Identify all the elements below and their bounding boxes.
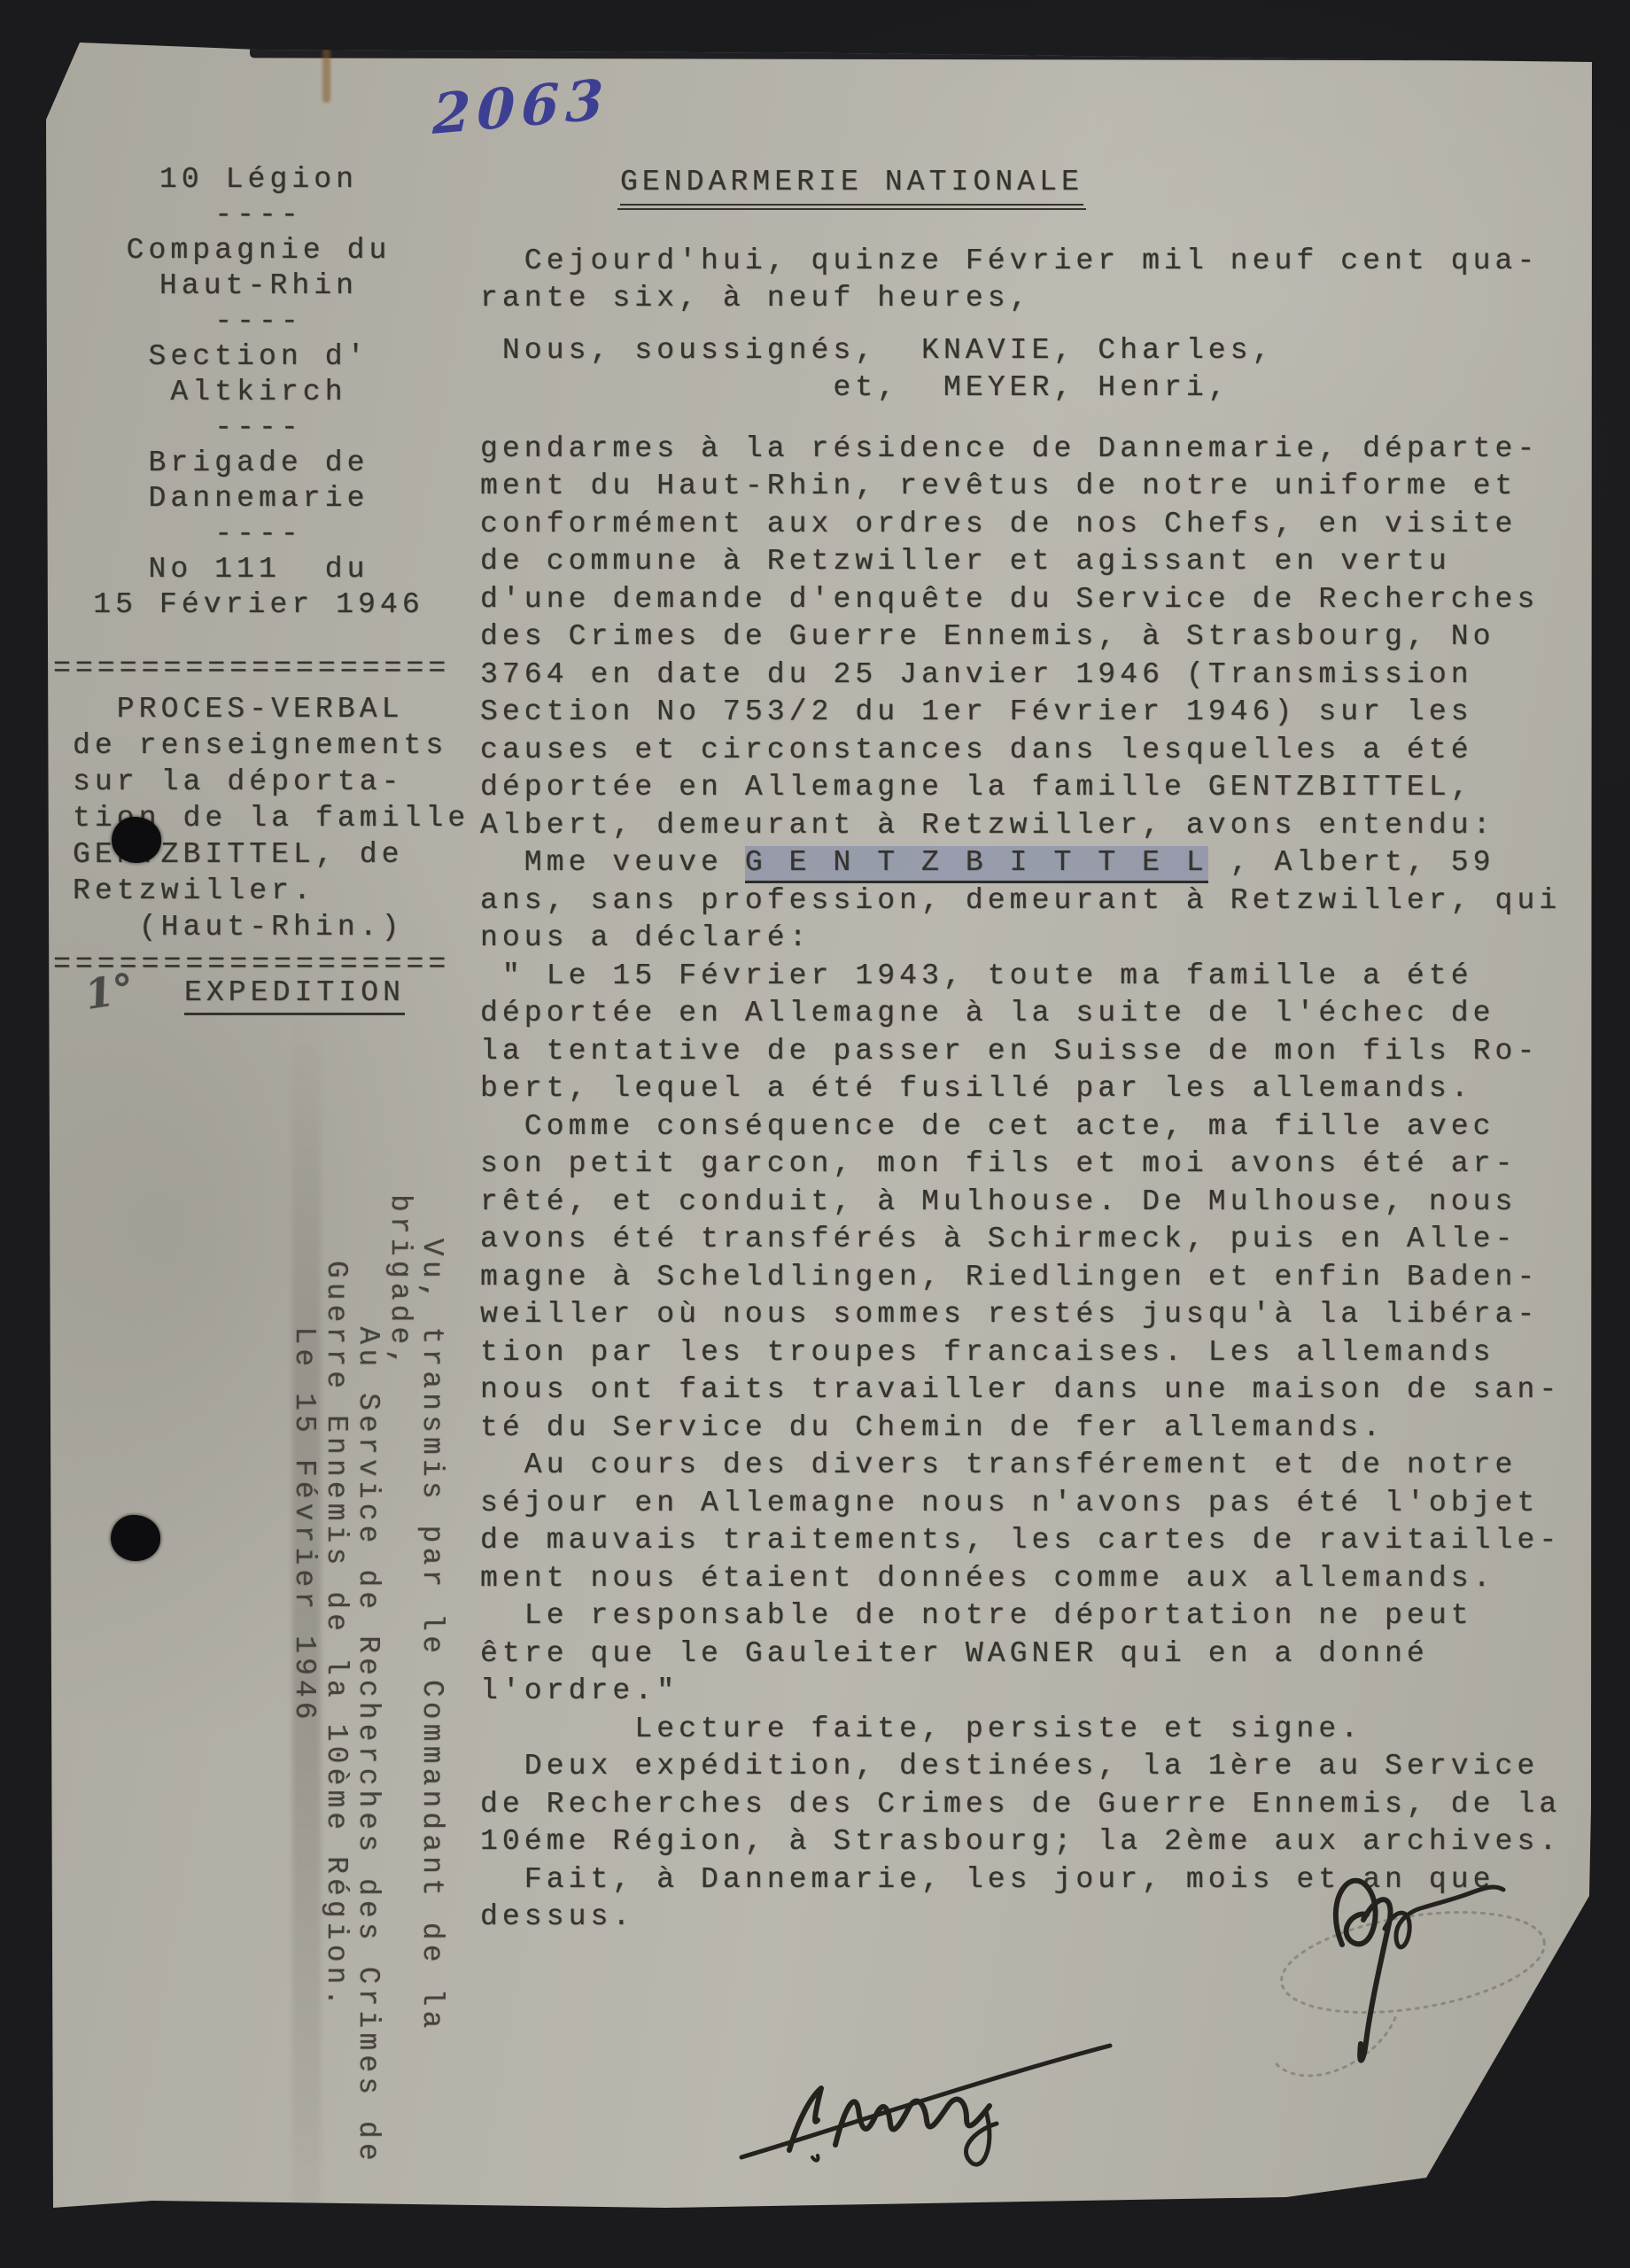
typed-line: ment nous étaient données comme aux alle… xyxy=(480,1560,1592,1598)
expedition-row: 1° EXPEDITION xyxy=(85,971,493,1024)
typed-line: 10 Légion xyxy=(73,162,445,198)
typed-line: déportée en Allemagne la famille GENTZBI… xyxy=(480,769,1592,807)
typed-line: Vu, transmis par le Commandant de la xyxy=(415,1194,447,2186)
typed-line: brigade, xyxy=(384,1194,415,2186)
typed-line: Altkirch xyxy=(73,375,445,410)
typed-line: rante six, à neuf heures, xyxy=(480,280,1592,318)
hole-punch-top xyxy=(112,817,161,863)
typed-line: Compagnie du xyxy=(73,233,445,268)
typed-line: nous a déclaré: xyxy=(480,920,1592,958)
typed-line: bert, lequel a été fusillé par les allem… xyxy=(480,1070,1592,1108)
typed-line: de commune à Retzwiller et agissant en v… xyxy=(480,543,1592,581)
typed-line: " Le 15 Février 1943, toute ma famille a… xyxy=(480,958,1592,996)
typed-line: No 111 du xyxy=(73,552,445,587)
officers-paragraph: Nous, soussignés, KNAVIE, Charles, et, M… xyxy=(480,332,1592,408)
typed-line: et, MEYER, Henri, xyxy=(480,369,1592,408)
typed-line: Lecture faite, persiste et signe. xyxy=(480,1711,1592,1749)
typed-line: tion par les troupes francaises. Les all… xyxy=(480,1334,1592,1372)
typed-line: la tentative de passer en Suisse de mon … xyxy=(480,1033,1592,1071)
body-paragraphs-b: ans, sans profession, demeurant à Retzwi… xyxy=(480,882,1592,1937)
typed-line: Guerre Ennemis de la 10ème Région. xyxy=(320,1194,352,2186)
typed-line: être que le Gauleiter WAGNER qui en a do… xyxy=(480,1635,1592,1674)
typed-line: Deux expédition, destinées, la 1ère au S… xyxy=(480,1748,1592,1786)
typed-line: 15 Février 1946 xyxy=(73,587,445,623)
body-paragraphs-a: gendarmes à la résidence de Dannemarie, … xyxy=(480,431,1592,845)
intro-paragraph: Cejourd'hui, quinze Février mil neuf cen… xyxy=(480,243,1592,318)
typed-line: té du Service du Chemin de fer allemands… xyxy=(480,1410,1592,1448)
expedition-label: EXPEDITION xyxy=(184,976,405,1015)
typed-line: 3764 en date du 25 Janvier 1946 (Transmi… xyxy=(480,656,1592,695)
typed-line: de renseignements xyxy=(73,727,480,764)
witness-name-highlight: G E N T Z B I T T E L xyxy=(745,846,1208,883)
typed-line: ---- xyxy=(73,410,445,446)
typed-line: ---- xyxy=(73,198,445,233)
typed-line: déportée en Allemagne à la suite de l'éc… xyxy=(480,995,1592,1033)
typed-line: son petit garcon, mon fils et moi avons … xyxy=(480,1146,1592,1184)
typed-line: l'ordre." xyxy=(480,1673,1592,1711)
typed-line: de mauvais traitements, les cartes de ra… xyxy=(480,1522,1592,1560)
typed-line: PROCES-VERBAL xyxy=(73,691,480,727)
typed-line: Retzwiller. xyxy=(73,873,480,909)
typed-line: séjour en Allemagne nous n'avons pas été… xyxy=(480,1485,1592,1523)
typed-line: Le responsable de notre déportation ne p… xyxy=(480,1597,1592,1635)
typed-line: Cejourd'hui, quinze Février mil neuf cen… xyxy=(480,243,1592,281)
typed-line: Nous, soussignés, KNAVIE, Charles, xyxy=(480,332,1592,370)
typed-line: Brigade de xyxy=(73,446,445,481)
document-title: GENDARMERIE NATIONALE xyxy=(480,164,1592,202)
document-page: 2063 10 Légion----Compagnie duHaut-Rhin-… xyxy=(46,35,1593,2208)
typed-line: rêté, et conduit, à Mulhouse. De Mulhous… xyxy=(480,1184,1592,1222)
typed-line: Haut-Rhin xyxy=(73,268,445,304)
typed-line: Au Service de Recherches des Crimes de xyxy=(352,1194,384,2186)
typed-line: sur la déporta- xyxy=(73,764,480,800)
typed-line: ment du Haut-Rhin, revêtus de notre unif… xyxy=(480,468,1592,506)
typed-line: Dannemarie xyxy=(73,481,445,517)
sideways-transmittal-note: Vu, transmis par le Commandant de labrig… xyxy=(288,1194,447,2186)
typed-line: Section No 753/2 du 1er Février 1946) su… xyxy=(480,694,1592,732)
witness-identity-line: Mme veuve G E N T Z B I T T E L , Albert… xyxy=(480,844,1592,882)
typed-line: de Recherches des Crimes de Guerre Ennem… xyxy=(480,1786,1592,1824)
gendarme-signature-left xyxy=(731,2016,1121,2188)
hole-punch-bottom xyxy=(111,1515,160,1561)
handwritten-archive-number: 2063 xyxy=(432,66,610,147)
typed-line: nous ont faits travailler dans une maiso… xyxy=(480,1371,1592,1410)
typed-line: ---- xyxy=(73,304,445,339)
typed-line: gendarmes à la résidence de Dannemarie, … xyxy=(480,431,1592,469)
typed-line: ans, sans profession, demeurant à Retzwi… xyxy=(480,882,1592,920)
typed-line: Comme conséquence de cet acte, ma fille … xyxy=(480,1108,1592,1146)
unit-header-block: 10 Légion----Compagnie duHaut-Rhin----Se… xyxy=(73,162,445,623)
typed-line: avons été transférés à Schirmeck, puis e… xyxy=(480,1221,1592,1259)
typed-line: d'une demande d'enquête du Service de Re… xyxy=(480,581,1592,619)
typed-line: magne à Scheldlingen, Riedlingen et enfi… xyxy=(480,1259,1592,1297)
typed-line: ---- xyxy=(73,517,445,552)
typed-line: des Crimes de Guerre Ennemis, à Strasbou… xyxy=(480,618,1592,656)
typed-line: conformément aux ordres de nos Chefs, en… xyxy=(480,506,1592,544)
typed-line: Section d' xyxy=(73,339,445,375)
main-text-column: GENDARMERIE NATIONALE Cejourd'hui, quinz… xyxy=(480,164,1592,1937)
divider-rule: ================== xyxy=(53,656,470,682)
typed-line: Albert, demeurant à Retzwiller, avons en… xyxy=(480,807,1592,845)
typed-line: Le 15 Février 1946 xyxy=(288,1194,320,2186)
typed-line: causes et circonstances dans lesquelles … xyxy=(480,732,1592,770)
pencil-copy-number: 1° xyxy=(81,964,137,1019)
typed-line: (Haut-Rhin.) xyxy=(73,909,480,945)
typed-line: weiller où nous sommes restés jusqu'à la… xyxy=(480,1296,1592,1334)
rust-stain xyxy=(322,48,330,103)
typed-line: Au cours des divers transférement et de … xyxy=(480,1447,1592,1485)
